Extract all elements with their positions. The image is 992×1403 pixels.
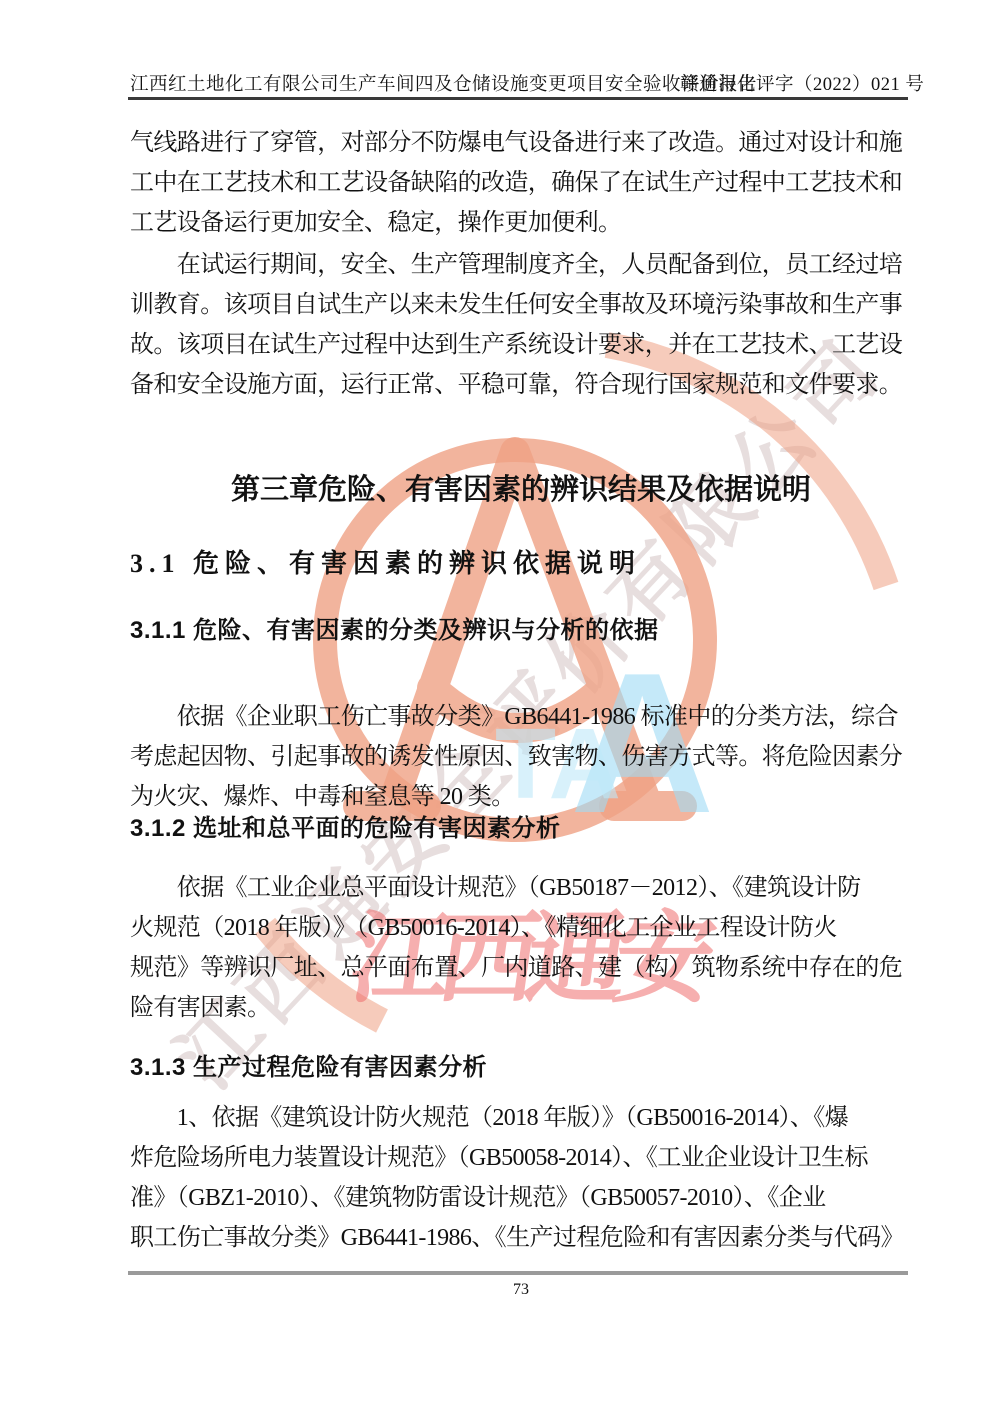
document-content: 江西红土地化工有限公司生产车间四及仓储设施变更项目安全验收评价报告 赣通浔化评字… (0, 0, 992, 1403)
header-document-number: 赣通浔化评字（2022）021 号 (680, 70, 924, 96)
header-report-title: 江西红土地化工有限公司生产车间四及仓储设施变更项目安全验收评价报告 (130, 70, 757, 96)
section-3-1-2-title: 3.1.2 选址和总平面的危险有害因素分析 (130, 808, 561, 843)
section-3-1-title: 3.1 危险、有害因素的辨识依据说明 (130, 543, 641, 580)
section-3-1-1-title: 3.1.1 危险、有害因素的分类及辨识与分析的依据 (130, 610, 659, 645)
header-divider (128, 97, 908, 100)
chapter-3-title: 第三章危险、有害因素的辨识结果及依据说明 (130, 467, 912, 508)
paragraph-electrical-retrofit: 气线路进行了穿管，对部分不防爆电气设备进行来了改造。通过对设计和施 工中在工艺技… (130, 123, 912, 243)
footer-divider (128, 1271, 908, 1275)
document-page: 江西通安全评价有限公司 A TA 江西通安 江西红土地化工有限公司生产车间四及仓… (0, 0, 992, 1403)
paragraph-3-1-3: 1、依据《建筑设计防火规范（2018 年版）》（GB50016-2014）、《爆… (130, 1098, 912, 1258)
paragraph-trial-run: 在试运行期间，安全、生产管理制度齐全，人员配备到位，员工经过培 训教育。该项目自… (130, 245, 912, 405)
paragraph-3-1-1: 依据《企业职工伤亡事故分类》GB6441-1986 标准中的分类方法，综合 考虑… (130, 697, 912, 817)
section-3-1-3-title: 3.1.3 生产过程危险有害因素分析 (130, 1047, 487, 1082)
page-number: 73 (130, 1281, 912, 1299)
paragraph-3-1-2: 依据《工业企业总平面设计规范》（GB50187－2012）、《建筑设计防 火规范… (130, 868, 912, 1028)
